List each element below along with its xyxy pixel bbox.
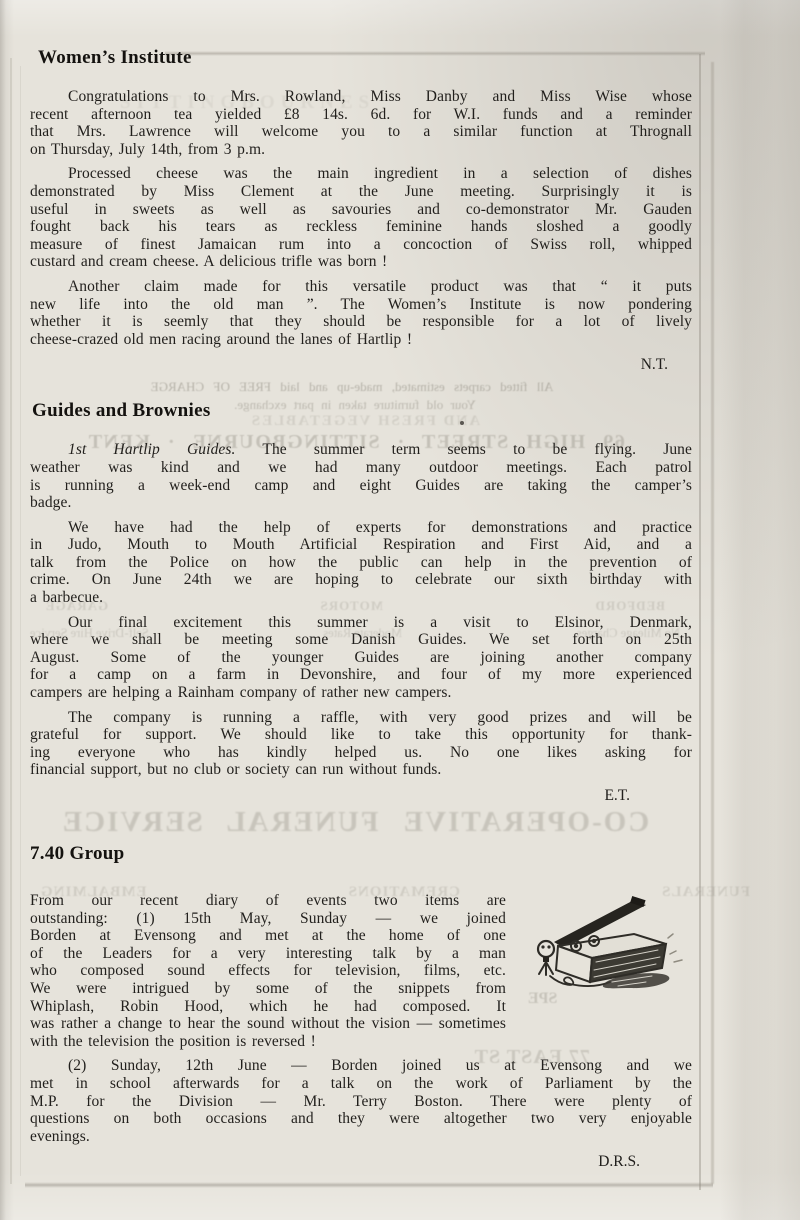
- scanned-newsletter-page: SITTINGBOURNES All fitted carpets estima…: [0, 0, 800, 1220]
- signature-initials: N.T.: [30, 355, 668, 375]
- paragraph: From our recent diary of events two item…: [30, 892, 692, 1050]
- frame-left-rule-outer: [10, 58, 12, 1184]
- paragraph: We have had the help of experts for demo…: [30, 519, 692, 607]
- article-heading-womens-institute: Women’s Institute: [38, 46, 692, 70]
- lead-rest: The summer term seems to be flying. June: [262, 441, 692, 458]
- paragraph: The company is running a raffle, with ve…: [30, 709, 692, 779]
- paragraph: Congratulations to Mrs. Rowland, Miss Da…: [30, 88, 692, 158]
- signature-initials: E.T.: [30, 786, 630, 806]
- paragraph: Another claim made for this versatile pr…: [30, 278, 692, 348]
- frame-left-rule-inner: [20, 66, 21, 1176]
- frame-right-rule-outer: [699, 54, 701, 1190]
- paragraph: Our final excitement this summer is a vi…: [30, 614, 692, 702]
- article-heading-guides-and-brownies: Guides and Brownies: [32, 399, 692, 423]
- frame-bottom-rule: [25, 1182, 713, 1188]
- paragraph: 1st Hartlip Guides. The summer term seem…: [30, 441, 692, 511]
- paragraph: (2) Sunday, 12th June — Borden joined us…: [30, 1057, 692, 1145]
- italic-lead: 1st Hartlip Guides.: [68, 441, 236, 458]
- frame-right-rule-inner: [711, 62, 714, 1184]
- record-player-illustration: [520, 892, 692, 1014]
- article-heading-740-group: 7.40 Group: [30, 842, 692, 866]
- paragraph: Processed cheese was the main ingredient…: [30, 165, 692, 271]
- signature-initials: D.R.S.: [30, 1152, 640, 1172]
- page-content: Women’s Institute Congratulations to Mrs…: [30, 0, 692, 1172]
